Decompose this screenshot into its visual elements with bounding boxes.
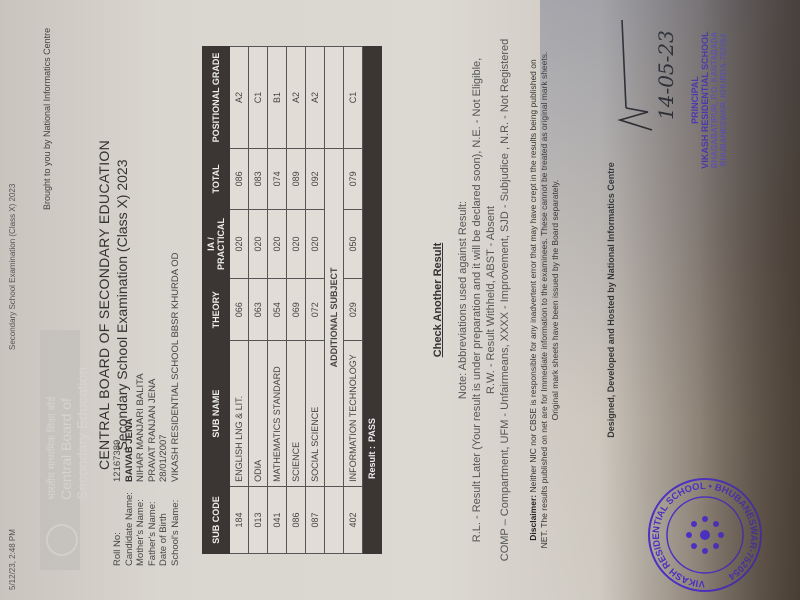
- cell-grade: A2: [287, 47, 306, 149]
- table-row: 086SCIENCE069020089A2: [287, 47, 306, 554]
- info-label: School's Name:: [170, 482, 182, 566]
- cell-sub-code: 184: [230, 486, 249, 553]
- cell-sub-code: 013: [249, 486, 268, 553]
- cbse-logo-icon: [46, 524, 78, 556]
- cell-sub-name: SCIENCE: [287, 341, 306, 487]
- info-value: VIKASH RESIDENTIAL SCHOOL BBSR KHURDA OD: [170, 253, 182, 482]
- additional-subject-row: ADDITIONAL SUBJECT: [325, 47, 344, 554]
- table-row: 184ENGLISH LNG & LIT.066020086A2: [230, 47, 249, 554]
- table-row: 041MATHEMATICS STANDARD054020074B1: [268, 47, 287, 554]
- info-value: PRAVAT RANJAN JENA: [147, 379, 159, 482]
- print-page-title: Secondary School Examination (Class X) 2…: [8, 184, 17, 350]
- print-timestamp: 5/12/23, 2:48 PM: [8, 529, 17, 590]
- round-stamp-icon: VIKASH RESIDENTIAL SCHOOL • BHUBANESWAR-…: [645, 475, 765, 595]
- board-title: CENTRAL BOARD OF SECONDARY EDUCATION: [96, 140, 112, 470]
- cell-sub-code: 087: [306, 486, 325, 553]
- note-line: Note: Abbreviations used against Result:: [456, 10, 470, 590]
- result-cell: Result :PASS: [363, 47, 382, 554]
- signature-date: 14-05-23: [654, 30, 678, 120]
- cell-total: 092: [306, 148, 325, 209]
- marks-table: SUB CODE SUB NAME THEORY IA / PRACTICAL …: [202, 46, 382, 554]
- col-theory: THEORY: [203, 279, 230, 341]
- info-value: NIHAR MANJARI BALITA: [135, 373, 147, 482]
- cell-sub-name: ODIA: [249, 341, 268, 487]
- cell-grade: A2: [230, 47, 249, 149]
- cell-sub-name: SOCIAL SCIENCE: [306, 341, 325, 487]
- table-row: 402INFORMATION TECHNOLOGY029050079C1: [344, 47, 363, 554]
- info-value: 28/01/2007: [158, 434, 170, 482]
- banner-hindi-title: भारतीय माध्यमिक शिक्षा बोर्ड: [44, 397, 58, 500]
- cell-sub-name: MATHEMATICS STANDARD: [268, 341, 287, 487]
- principal-address-1: BHAGABATIPUR, P.O. KANTABADA: [710, 10, 719, 190]
- info-label: Roll No:: [112, 482, 124, 566]
- disclaimer-label: Disclaimer:: [528, 495, 538, 541]
- col-sub-name: SUB NAME: [203, 341, 230, 487]
- candidate-info: Roll No: 12167389 Candidate Name: BAIVAB…: [112, 253, 181, 566]
- note-line: R.W. - Result Withheld, ABST - Absent: [484, 10, 498, 590]
- info-label: Date of Birth: [158, 482, 170, 566]
- result-label: Result :: [367, 446, 377, 479]
- info-label: Candidate Name:: [124, 482, 136, 566]
- principal-address-2: BHUBANESWAR, KHURDA-752054: [719, 10, 728, 190]
- cell-theory: 054: [268, 279, 287, 341]
- cell-grade: A2: [306, 47, 325, 149]
- disclaimer: Disclaimer: Neither NIC nor CBSE is resp…: [528, 50, 561, 550]
- result-value: PASS: [367, 418, 377, 442]
- cell-total: 089: [287, 148, 306, 209]
- note-line: R.L. - Result Later (Your result is unde…: [470, 10, 484, 590]
- info-value: 12167389: [112, 440, 124, 482]
- cell-blank: [325, 486, 344, 553]
- info-roll-no: Roll No: 12167389: [112, 253, 124, 566]
- info-candidate-name: Candidate Name: BAIVAB JENA: [124, 253, 136, 566]
- cell-theory: 066: [230, 279, 249, 341]
- info-father-name: Father's Name: PRAVAT RANJAN JENA: [147, 253, 159, 566]
- table-header-row: SUB CODE SUB NAME THEORY IA / PRACTICAL …: [203, 47, 230, 554]
- printed-result-page: 5/12/23, 2:48 PM Secondary School Examin…: [0, 0, 800, 600]
- principal-signature: 14-05-23: [612, 0, 692, 160]
- cell-total: 079: [344, 148, 363, 209]
- info-mother-name: Mother's Name: NIHAR MANJARI BALITA: [135, 253, 147, 566]
- brought-by-text: Brought to you by National Informatics C…: [42, 28, 52, 210]
- table-row: 087SOCIAL SCIENCE072020092A2: [306, 47, 325, 554]
- col-practical: IA / PRACTICAL: [203, 209, 230, 278]
- cell-theory: 072: [306, 279, 325, 341]
- cell-blank: [325, 47, 344, 149]
- cell-sub-name: ENGLISH LNG & LIT.: [230, 341, 249, 487]
- banner-english-title: Central Board of Secondary Education: [58, 330, 90, 500]
- principal-stamp: PRINCIPAL VIKASH RESIDENTIAL SCHOOL BHAG…: [690, 10, 728, 190]
- additional-subject-label: ADDITIONAL SUBJECT: [325, 148, 344, 486]
- cell-practical: 020: [230, 209, 249, 278]
- cell-practical: 020: [268, 209, 287, 278]
- cell-sub-code: 086: [287, 486, 306, 553]
- info-school-name: School's Name: VIKASH RESIDENTIAL SCHOOL…: [170, 253, 182, 566]
- col-grade: POSITIONAL GRADE: [203, 47, 230, 149]
- col-sub-code: SUB CODE: [203, 486, 230, 553]
- cell-sub-code: 041: [268, 486, 287, 553]
- col-total: TOTAL: [203, 148, 230, 209]
- info-value: BAIVAB JENA: [124, 418, 136, 482]
- principal-school: VIKASH RESIDENTIAL SCHOOL: [700, 10, 710, 190]
- result-row: Result :PASS: [363, 47, 382, 554]
- cell-theory: 029: [344, 279, 363, 341]
- info-dob: Date of Birth 28/01/2007: [158, 253, 170, 566]
- cell-practical: 020: [306, 209, 325, 278]
- cell-theory: 063: [249, 279, 268, 341]
- cell-grade: B1: [268, 47, 287, 149]
- cell-total: 083: [249, 148, 268, 209]
- cell-total: 086: [230, 148, 249, 209]
- cell-sub-name: INFORMATION TECHNOLOGY: [344, 341, 363, 487]
- abbreviations-note: Note: Abbreviations used against Result:…: [456, 10, 512, 590]
- info-label: Mother's Name:: [135, 482, 147, 566]
- check-another-result-link[interactable]: Check Another Result: [432, 0, 444, 600]
- disclaimer-text: Neither NIC nor CBSE is responsible for …: [528, 52, 560, 549]
- table-row: 013ODIA063020083C1: [249, 47, 268, 554]
- cbse-banner: भारतीय माध्यमिक शिक्षा बोर्ड Central Boa…: [40, 330, 80, 570]
- school-round-stamp: VIKASH RESIDENTIAL SCHOOL • BHUBANESWAR-…: [645, 475, 765, 595]
- cell-practical: 050: [344, 209, 363, 278]
- note-line: COMP – Compartment, UFM - Unfairmeans, X…: [498, 10, 512, 590]
- cell-theory: 069: [287, 279, 306, 341]
- cell-grade: C1: [249, 47, 268, 149]
- cell-total: 074: [268, 148, 287, 209]
- principal-title: PRINCIPAL: [690, 10, 700, 190]
- cell-grade: C1: [344, 47, 363, 149]
- cell-practical: 020: [287, 209, 306, 278]
- cell-practical: 020: [249, 209, 268, 278]
- cell-sub-code: 402: [344, 486, 363, 553]
- info-label: Father's Name:: [147, 482, 159, 566]
